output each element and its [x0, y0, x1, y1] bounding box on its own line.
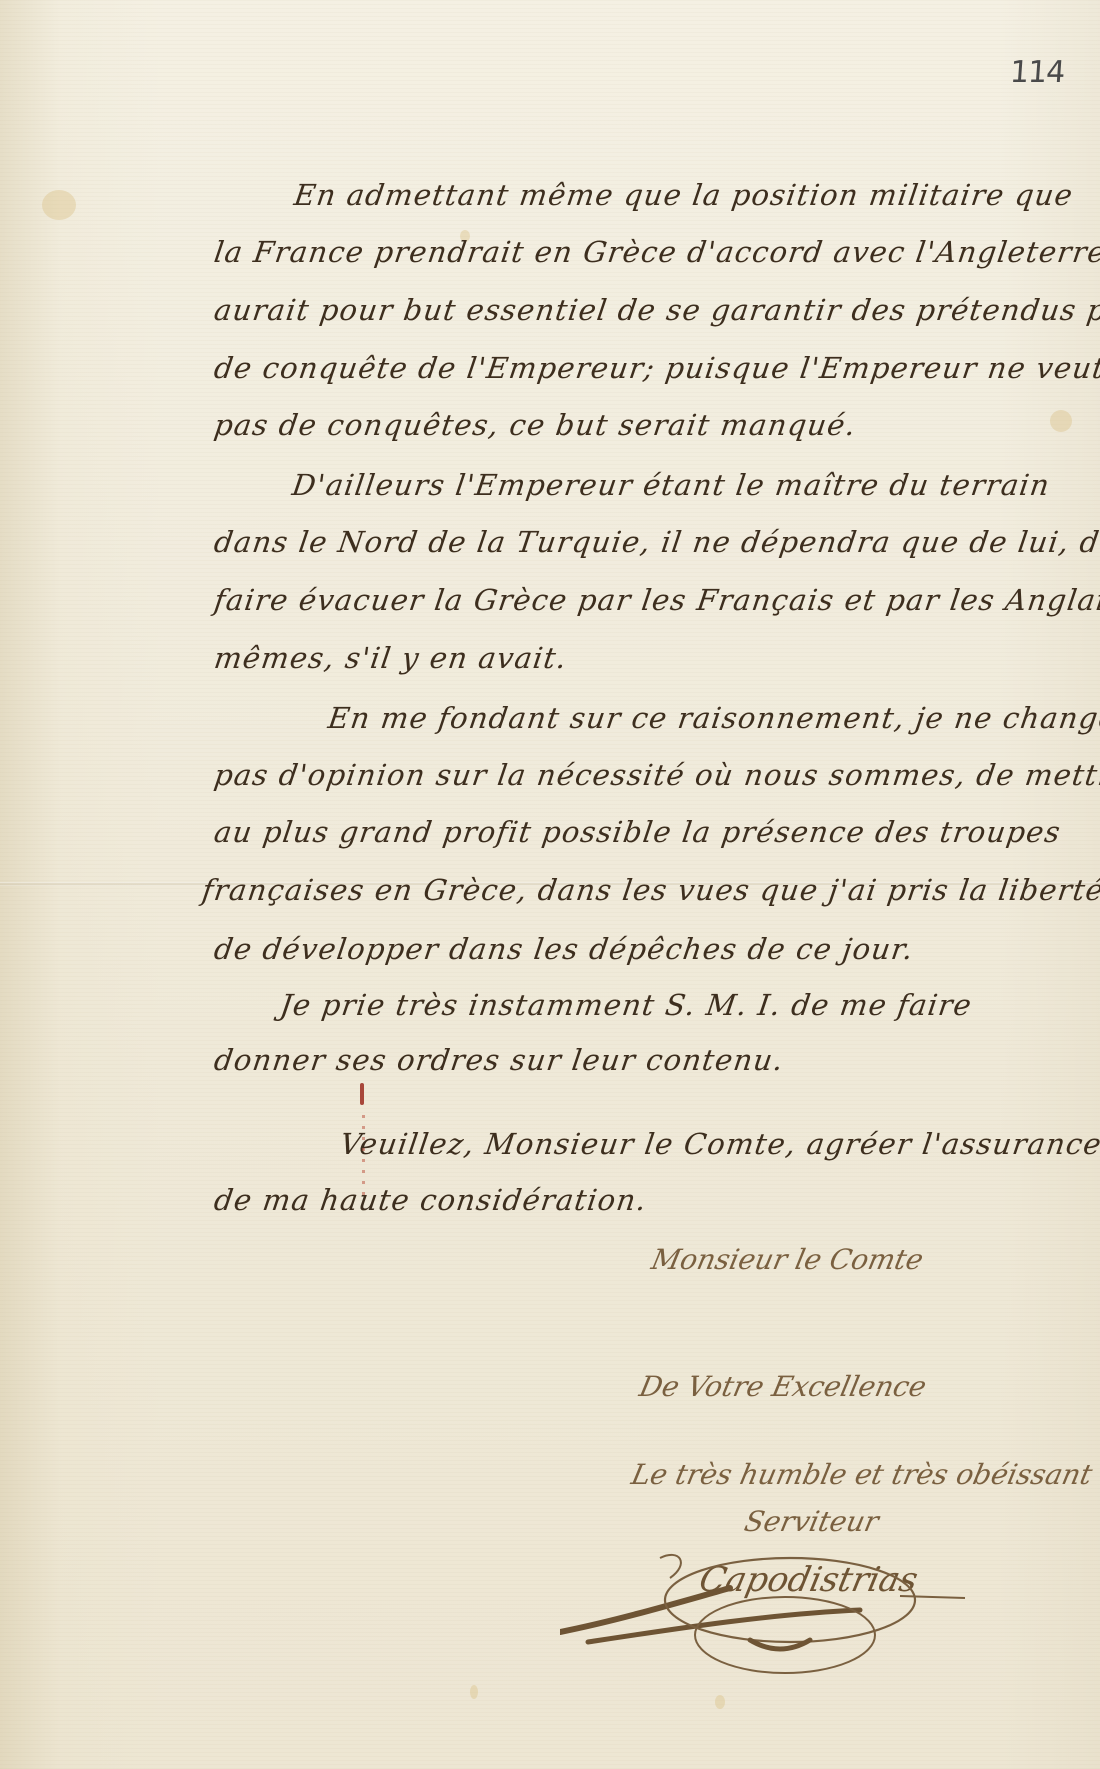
letter-page: 114 En admettant même que la position mi…: [0, 0, 1100, 1769]
signature-flourish-icon: [560, 1540, 980, 1690]
red-ink-mark: [360, 1083, 364, 1105]
body-line: de conquête de l'Empereur; puisque l'Emp…: [212, 351, 1100, 385]
closing-salutation: Monsieur le Comte: [648, 1243, 926, 1276]
body-line: de ma haute considération.: [212, 1183, 649, 1217]
body-line: D'ailleurs l'Empereur étant le maître du…: [290, 468, 1052, 502]
body-line: la France prendrait en Grèce d'accord av…: [212, 235, 1100, 269]
paper-stain: [1050, 410, 1072, 432]
body-line: au plus grand profit possible la présenc…: [212, 815, 1063, 849]
body-line: de développer dans les dépêches de ce jo…: [212, 932, 916, 966]
paper-stain: [42, 190, 76, 220]
body-line: En admettant même que la position milita…: [292, 178, 1076, 212]
folio-number: 114: [1009, 55, 1066, 90]
body-line: françaises en Grèce, dans les vues que j…: [200, 873, 1100, 907]
body-line: pas de conquêtes, ce but serait manqué.: [212, 408, 859, 442]
body-line: Veuillez, Monsieur le Comte, agréer l'as…: [338, 1127, 1100, 1161]
body-line: aurait pour but essentiel de se garantir…: [212, 293, 1100, 327]
paper-stain: [470, 1685, 478, 1699]
red-ink-dots: [362, 1115, 365, 1195]
body-line: pas d'opinion sur la nécessité où nous s…: [212, 758, 1100, 792]
body-line: Je prie très instamment S. M. I. de me f…: [278, 988, 974, 1022]
closing-line-humble: Le très humble et très obéissant: [628, 1458, 1095, 1491]
body-line: dans le Nord de la Turquie, il ne dépend…: [212, 525, 1100, 559]
body-line: mêmes, s'il y en avait.: [212, 641, 569, 675]
body-line: donner ses ordres sur leur contenu.: [212, 1043, 786, 1077]
paper-stain: [715, 1695, 725, 1709]
body-line: En me fondant sur ce raisonnement, je ne…: [326, 701, 1100, 735]
closing-line-excellence: De Votre Excellence: [636, 1370, 929, 1403]
body-line: faire évacuer la Grèce par les Français …: [212, 583, 1100, 617]
closing-line-servant: Serviteur: [741, 1505, 881, 1538]
